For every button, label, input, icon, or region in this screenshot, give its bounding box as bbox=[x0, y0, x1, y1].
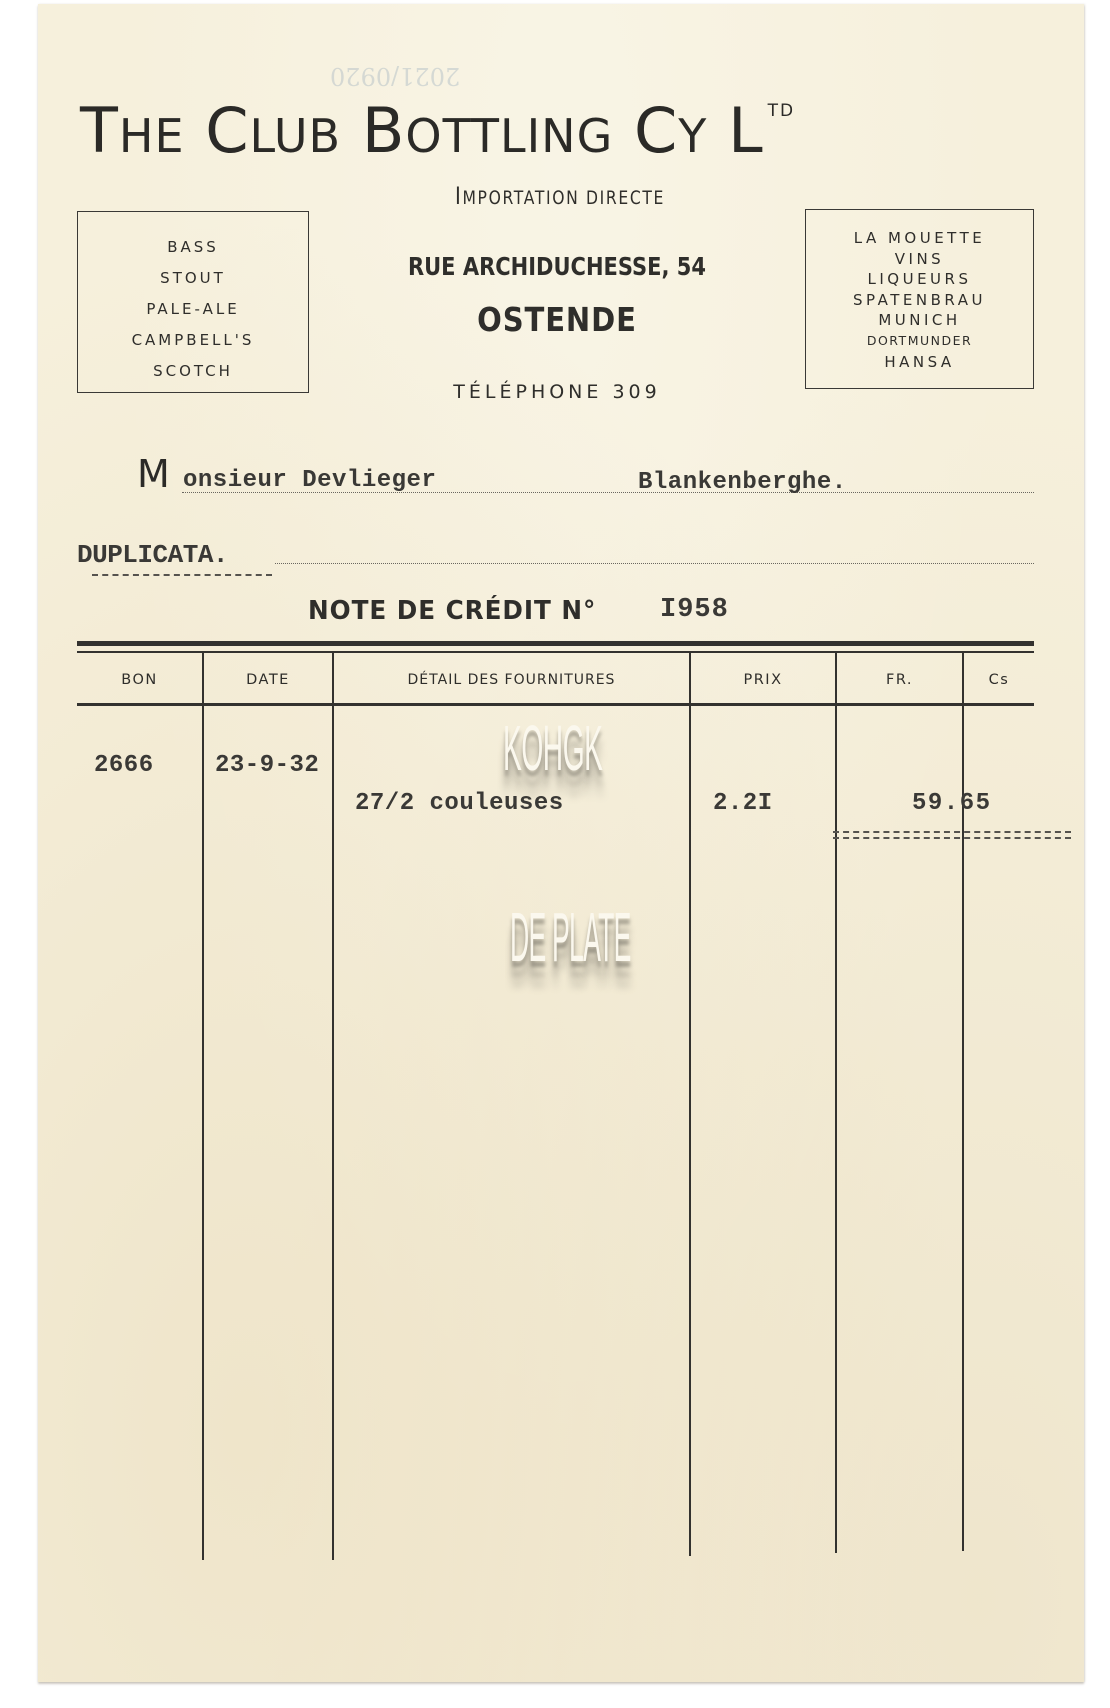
product-item: HANSA bbox=[806, 352, 1033, 373]
recipient-name: onsieur Devlieger bbox=[183, 467, 436, 494]
product-item: LA MOUETTE bbox=[806, 228, 1033, 249]
column-header-prix: PRIX bbox=[691, 672, 835, 688]
column-header-detail: DÉTAIL DES FOURNITURES bbox=[334, 672, 689, 688]
product-item: MUNICH bbox=[806, 310, 1033, 331]
products-box-right: LA MOUETTE VINS LIQUEURS SPATENBRAU MUNI… bbox=[805, 209, 1034, 389]
company-name: THE CLUB BOTTLING CY LTD bbox=[80, 100, 1040, 162]
company-city: OSTENDE bbox=[401, 300, 713, 339]
recipient-prefix: M bbox=[137, 455, 170, 493]
watermark-line-2: DE PLATE bbox=[510, 902, 631, 972]
total-double-underline bbox=[833, 831, 1071, 833]
recipient-place: Blankenberghe. bbox=[638, 469, 847, 496]
pencil-archive-note: 2021/0920 bbox=[330, 62, 460, 90]
cell-date: 23-9-32 bbox=[215, 752, 319, 779]
column-divider bbox=[689, 653, 691, 1556]
note-title: NOTE DE CRÉDIT N° bbox=[308, 596, 596, 626]
product-item: SPATENBRAU bbox=[806, 290, 1033, 311]
total-double-underline bbox=[833, 837, 1071, 839]
copy-label-underline bbox=[92, 574, 272, 576]
product-item: SCOTCH bbox=[78, 356, 308, 387]
product-item: VINS bbox=[806, 249, 1033, 270]
duplicata-dotted-line bbox=[275, 563, 1034, 564]
tagline-rest: MPORTATION DIRECTE bbox=[462, 187, 665, 209]
title-letter: T bbox=[80, 94, 119, 167]
watermark-line-1: KOHGK bbox=[503, 716, 603, 780]
title-letter: C bbox=[634, 94, 678, 167]
products-box-left: BASS STOUT PALE-ALE CAMPBELL'S SCOTCH bbox=[77, 211, 309, 393]
product-item: CAMPBELL'S bbox=[78, 325, 308, 356]
copy-label: DUPLICATA. bbox=[77, 540, 228, 570]
title-letter: B bbox=[362, 94, 406, 167]
cell-total: 59.65 bbox=[912, 790, 992, 817]
column-header-fr: FR. bbox=[837, 672, 962, 688]
title-superscript: TD bbox=[768, 101, 795, 121]
cell-bon: 2666 bbox=[94, 752, 154, 779]
company-address: RUE ARCHIDUCHESSE, 54 bbox=[366, 252, 747, 281]
cell-prix: 2.2I bbox=[713, 790, 773, 817]
title-smallcaps: HE bbox=[119, 109, 185, 163]
company-telephone: TÉLÉPHONE 309 bbox=[380, 381, 734, 403]
title-letter: C bbox=[205, 94, 249, 167]
column-divider bbox=[835, 653, 837, 1553]
table-header-rule bbox=[77, 703, 1034, 706]
column-divider bbox=[332, 653, 334, 1560]
product-item: BASS bbox=[78, 232, 308, 263]
product-item: LIQUEURS bbox=[806, 269, 1033, 290]
product-item: DORTMUNDER bbox=[806, 331, 1033, 352]
column-header-cs: Cs bbox=[964, 672, 1034, 688]
title-smallcaps: Y bbox=[678, 109, 707, 163]
table-top-rule-thin bbox=[77, 651, 1034, 653]
column-header-date: DATE bbox=[204, 672, 332, 688]
tagline: IMPORTATION DIRECTE bbox=[396, 182, 724, 210]
product-item: PALE-ALE bbox=[78, 294, 308, 325]
cell-detail: 27/2 couleuses bbox=[355, 790, 564, 817]
note-number: I958 bbox=[660, 595, 729, 625]
column-header-bon: BON bbox=[77, 672, 202, 688]
title-smallcaps: LUB bbox=[250, 109, 342, 163]
title-letter: L bbox=[728, 94, 764, 167]
title-smallcaps: OTTLING bbox=[405, 109, 613, 163]
product-item: STOUT bbox=[78, 263, 308, 294]
table-top-rule bbox=[77, 641, 1034, 646]
tagline-initial: I bbox=[455, 182, 462, 210]
column-divider bbox=[202, 653, 204, 1560]
column-divider bbox=[962, 653, 964, 1551]
